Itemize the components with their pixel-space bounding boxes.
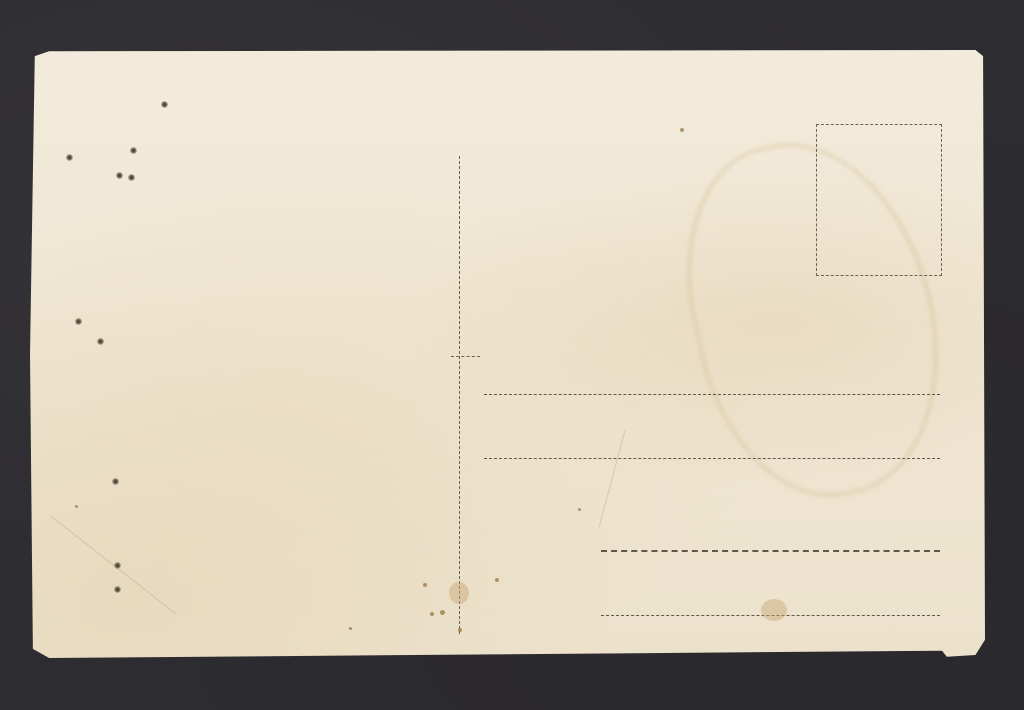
crease — [599, 430, 626, 527]
pin-hole — [128, 174, 135, 181]
center-divider-line — [459, 156, 460, 634]
crease — [50, 515, 177, 614]
pin-hole — [130, 147, 137, 154]
pin-hole — [75, 318, 82, 325]
ink-spot — [423, 583, 427, 587]
ink-spot — [495, 578, 499, 582]
address-line-2 — [484, 458, 940, 459]
address-line-3 — [601, 550, 940, 552]
divider-tick-mark — [451, 356, 480, 357]
ink-spot — [349, 627, 352, 630]
ink-spot — [578, 508, 581, 511]
pin-hole — [114, 586, 121, 593]
ink-spot — [680, 128, 684, 132]
pin-hole — [161, 101, 168, 108]
brown-stain — [761, 599, 787, 621]
ink-spot — [458, 628, 462, 632]
ink-spot — [440, 610, 445, 615]
ink-spot — [430, 612, 434, 616]
postcard-back — [30, 50, 985, 658]
stamp-placeholder-box — [816, 124, 942, 276]
brown-stain — [449, 582, 469, 604]
ink-spot — [75, 505, 78, 508]
pin-hole — [97, 338, 104, 345]
pin-hole — [116, 172, 123, 179]
pin-hole — [112, 478, 119, 485]
pin-hole — [66, 154, 73, 161]
address-line-1 — [484, 394, 940, 395]
